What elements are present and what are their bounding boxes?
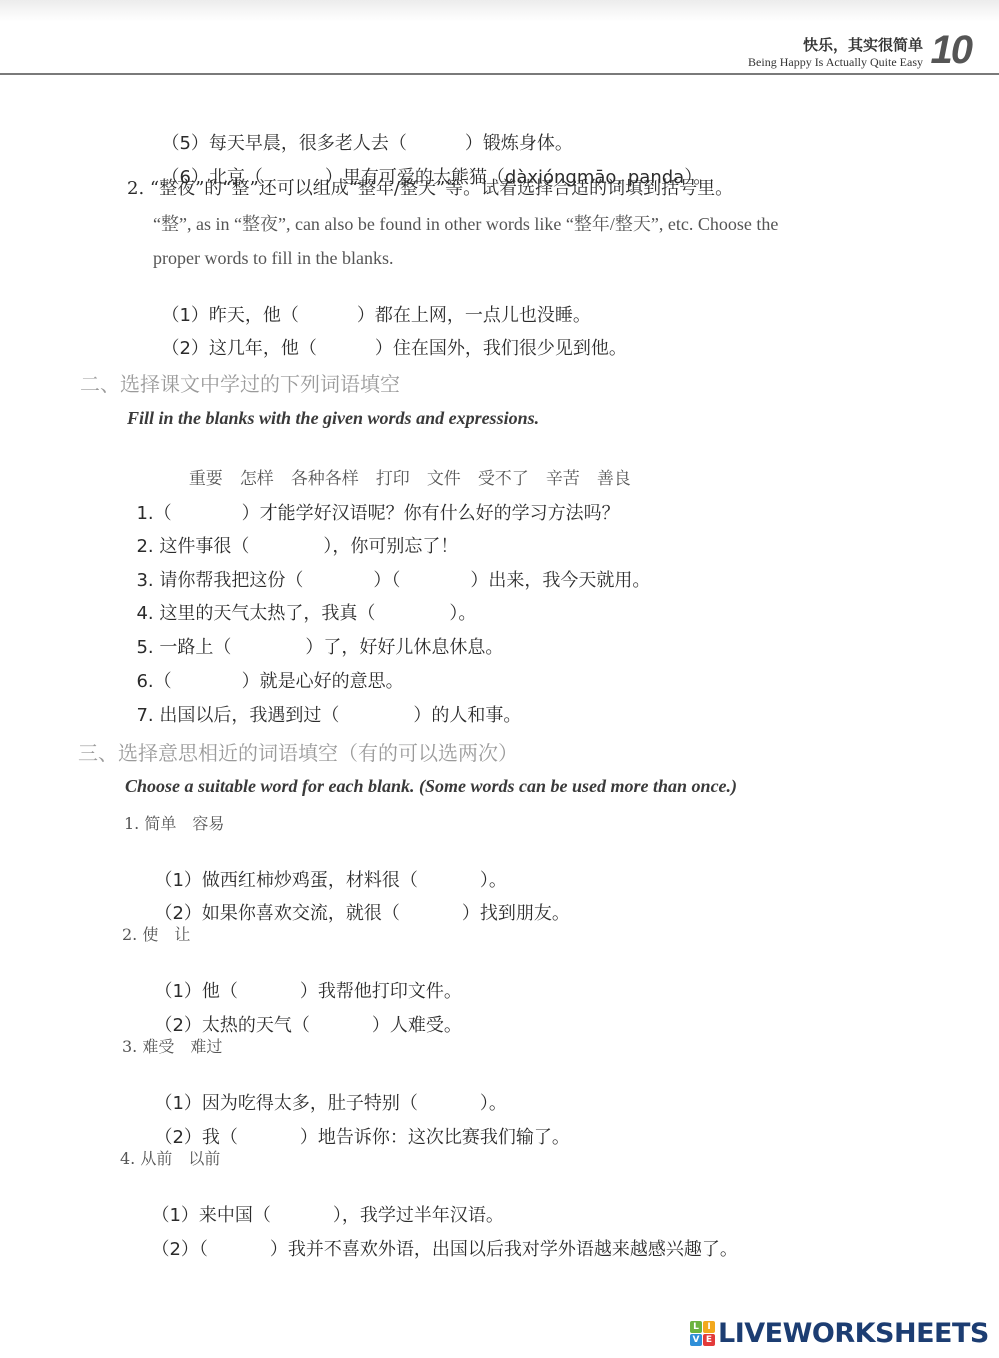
word-choice-label: 4. 从前 以前 — [120, 1148, 220, 1170]
scan-edge — [0, 0, 999, 22]
blank-input[interactable] — [339, 704, 413, 727]
question-instruction-en: “整”, as in “整夜”, can also be found in ot… — [153, 213, 778, 235]
blank-input[interactable] — [208, 1238, 270, 1261]
exercise-item: （2）我（）地告诉你：这次比赛我们输了。 — [143, 1104, 570, 1149]
watermark-text: LIVEWORKSHEETS — [718, 1318, 989, 1349]
section-title: 二、选择课文中学过的下列词语填空 — [80, 372, 400, 396]
word-choice-label: 1. 简单 容易 — [124, 813, 224, 835]
liveworksheets-logo[interactable]: L I V E LIVEWORKSHEETS — [690, 1318, 989, 1348]
word-choice-label: 2. 使 让 — [122, 924, 190, 946]
section-title: 三、选择意思相近的词语填空（有的可以选两次） — [78, 741, 518, 765]
word-choice-label: 3. 难受 难过 — [122, 1036, 222, 1058]
exercise-item: 7. 出国以后，我遇到过（）的人和事。 — [125, 682, 521, 727]
exercise-item: （2）如果你喜欢交流，就很（）找到朋友。 — [143, 880, 570, 925]
question-instruction-en: proper words to fill in the blanks. — [153, 247, 393, 269]
exercise-item: （2）这几年，他（）住在国外，我们很少见到他。 — [150, 315, 627, 360]
lesson-title-cn: 快乐，其实很简单 — [803, 34, 923, 55]
chapter-number: 10 — [931, 28, 972, 73]
question-title: 2. “整夜”的“整”还可以组成“整年/整天”等。试着选择合适的词填到括号里。 — [127, 178, 733, 200]
blank-input[interactable] — [310, 1014, 372, 1037]
blank-input[interactable] — [400, 902, 462, 925]
section-subtitle: Choose a suitable word for each blank. (… — [125, 775, 737, 797]
section-subtitle: Fill in the blanks with the given words … — [127, 407, 539, 429]
live-logo-icon: L I V E — [690, 1321, 715, 1346]
header-divider — [0, 73, 999, 75]
lesson-title-en: Being Happy Is Actually Quite Easy — [748, 55, 923, 70]
exercise-item: （2）（）我并不喜欢外语，出国以后我对学外语越来越感兴趣了。 — [140, 1216, 738, 1261]
exercise-item: （2）太热的天气（）人难受。 — [143, 992, 462, 1037]
blank-input[interactable] — [317, 337, 375, 360]
blank-input[interactable] — [238, 1126, 300, 1149]
